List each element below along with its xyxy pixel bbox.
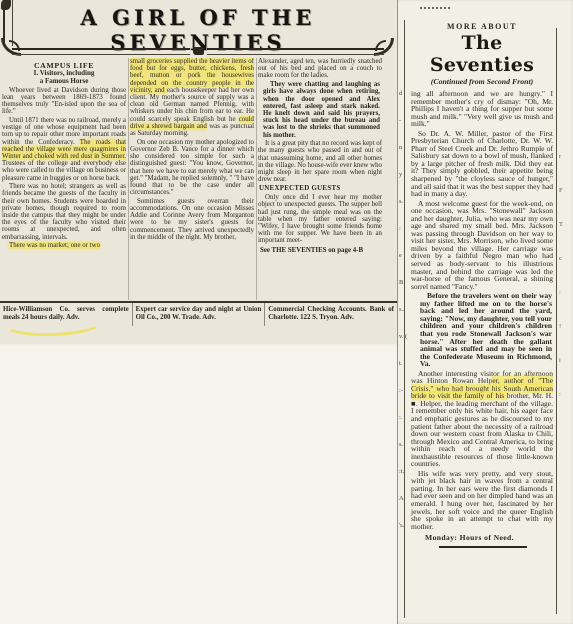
- continuation-content: MORE ABOUT The Seventies (Continued from…: [411, 22, 553, 548]
- article-subheading-1: I. Visitors, including: [2, 70, 126, 77]
- paragraph: It is a great pity that no record was ke…: [258, 140, 382, 183]
- classified-ad-row: Hice-Williamson Co. serves complete meal…: [0, 301, 397, 326]
- column-1-text: Whoever lived at Davidson during those l…: [2, 87, 126, 250]
- paragraph: On one occasion my mother apologized to …: [130, 139, 254, 197]
- end-rule: [439, 546, 527, 548]
- cut-text-fragments-left: d-nys.:eBs..v. (t.:-:.s.:t.A.'s.: [399, 80, 408, 539]
- rule-line: [207, 48, 385, 55]
- article-heading: CAMPUS LIFE: [2, 62, 126, 69]
- paragraph: ing all afternoon and we are hungry." I …: [411, 90, 553, 128]
- top-dash-mark: [420, 7, 450, 9]
- ad-bank-of-charlotte: Commercial Checking Accounts. Bank of Ch…: [265, 303, 397, 326]
- paragraph: Whoever lived at Davidson during those l…: [2, 87, 126, 116]
- column-1: CAMPUS LIFE I. Visitors, including a Fam…: [2, 58, 126, 300]
- column-2-text: small groceries supplied the heavier ite…: [130, 58, 254, 241]
- continuation-clipping: d-nys.:eBs..v. (t.:-:.s.:t.A.'s. rFTc:!i…: [397, 0, 573, 624]
- main-article-clipping: A GIRL OF THE SEVENTIES CAMPUS LIFE I. V…: [0, 0, 397, 343]
- paragraph: They were chatting and laughing as girls…: [258, 81, 382, 139]
- continuation-title: The Seventies: [411, 32, 553, 76]
- paragraph: His wife was very pretty, and very stout…: [411, 470, 553, 530]
- feature-banner: A GIRL OF THE SEVENTIES: [0, 0, 397, 56]
- rule-line: [12, 48, 190, 55]
- paragraph: So Dr. A. W. Miller, pastor of the First…: [411, 130, 553, 198]
- next-installment-note: Monday: Hours of Need.: [425, 533, 553, 542]
- column-3: Alexander, aged ten, was hurriedly snatc…: [258, 58, 382, 300]
- paragraph: See THE SEVENTIES on page 4-B: [258, 247, 382, 254]
- column-3-text: Alexander, aged ten, was hurriedly snatc…: [258, 58, 382, 254]
- cut-text-fragments-right: rFTc:!i:: [559, 140, 569, 412]
- continuation-subtitle: (Continued from Second Front): [411, 77, 553, 86]
- paragraph: Only once did I ever hear my mother obje…: [258, 194, 382, 244]
- banner-rule: [12, 47, 384, 55]
- column-divider: [256, 58, 257, 300]
- kicker: MORE ABOUT: [411, 22, 553, 31]
- paragraph: Until 1871 there was no railroad, merely…: [2, 117, 126, 182]
- rule-center-ornament-icon: [193, 47, 204, 55]
- paragraph: Somtimes guests overran their accommodat…: [130, 198, 254, 241]
- article-columns: CAMPUS LIFE I. Visitors, including a Fam…: [2, 58, 395, 300]
- column-divider: [128, 58, 129, 300]
- ad-union-oil: Expert car service day and night at Unio…: [133, 303, 265, 326]
- newspaper-scan-page: A GIRL OF THE SEVENTIES CAMPUS LIFE I. V…: [0, 0, 573, 624]
- paragraph: Before the travelers went on their way m…: [411, 292, 553, 367]
- continuation-body: ing all afternoon and we are hungry." I …: [411, 90, 553, 530]
- paragraph: Alexander, aged ten, was hurriedly snatc…: [258, 58, 382, 80]
- paragraph: A most welcome guest for the week-end, o…: [411, 200, 553, 291]
- paragraph: There was no hotel; strangers as well as…: [2, 183, 126, 241]
- ad-hice-williamson: Hice-Williamson Co. serves complete meal…: [0, 303, 132, 326]
- column-2: small groceries supplied the heavier ite…: [130, 58, 254, 300]
- paragraph: UNEXPECTED GUESTS: [258, 185, 382, 192]
- clipping-right-rule: [556, 28, 557, 614]
- article-subheading-2: a Famous Horse: [2, 78, 126, 85]
- paragraph: small groceries supplied the heavier ite…: [130, 58, 254, 137]
- paragraph: There was no market; one or two: [2, 242, 126, 249]
- paragraph: Another interesting visitor for an after…: [411, 370, 553, 468]
